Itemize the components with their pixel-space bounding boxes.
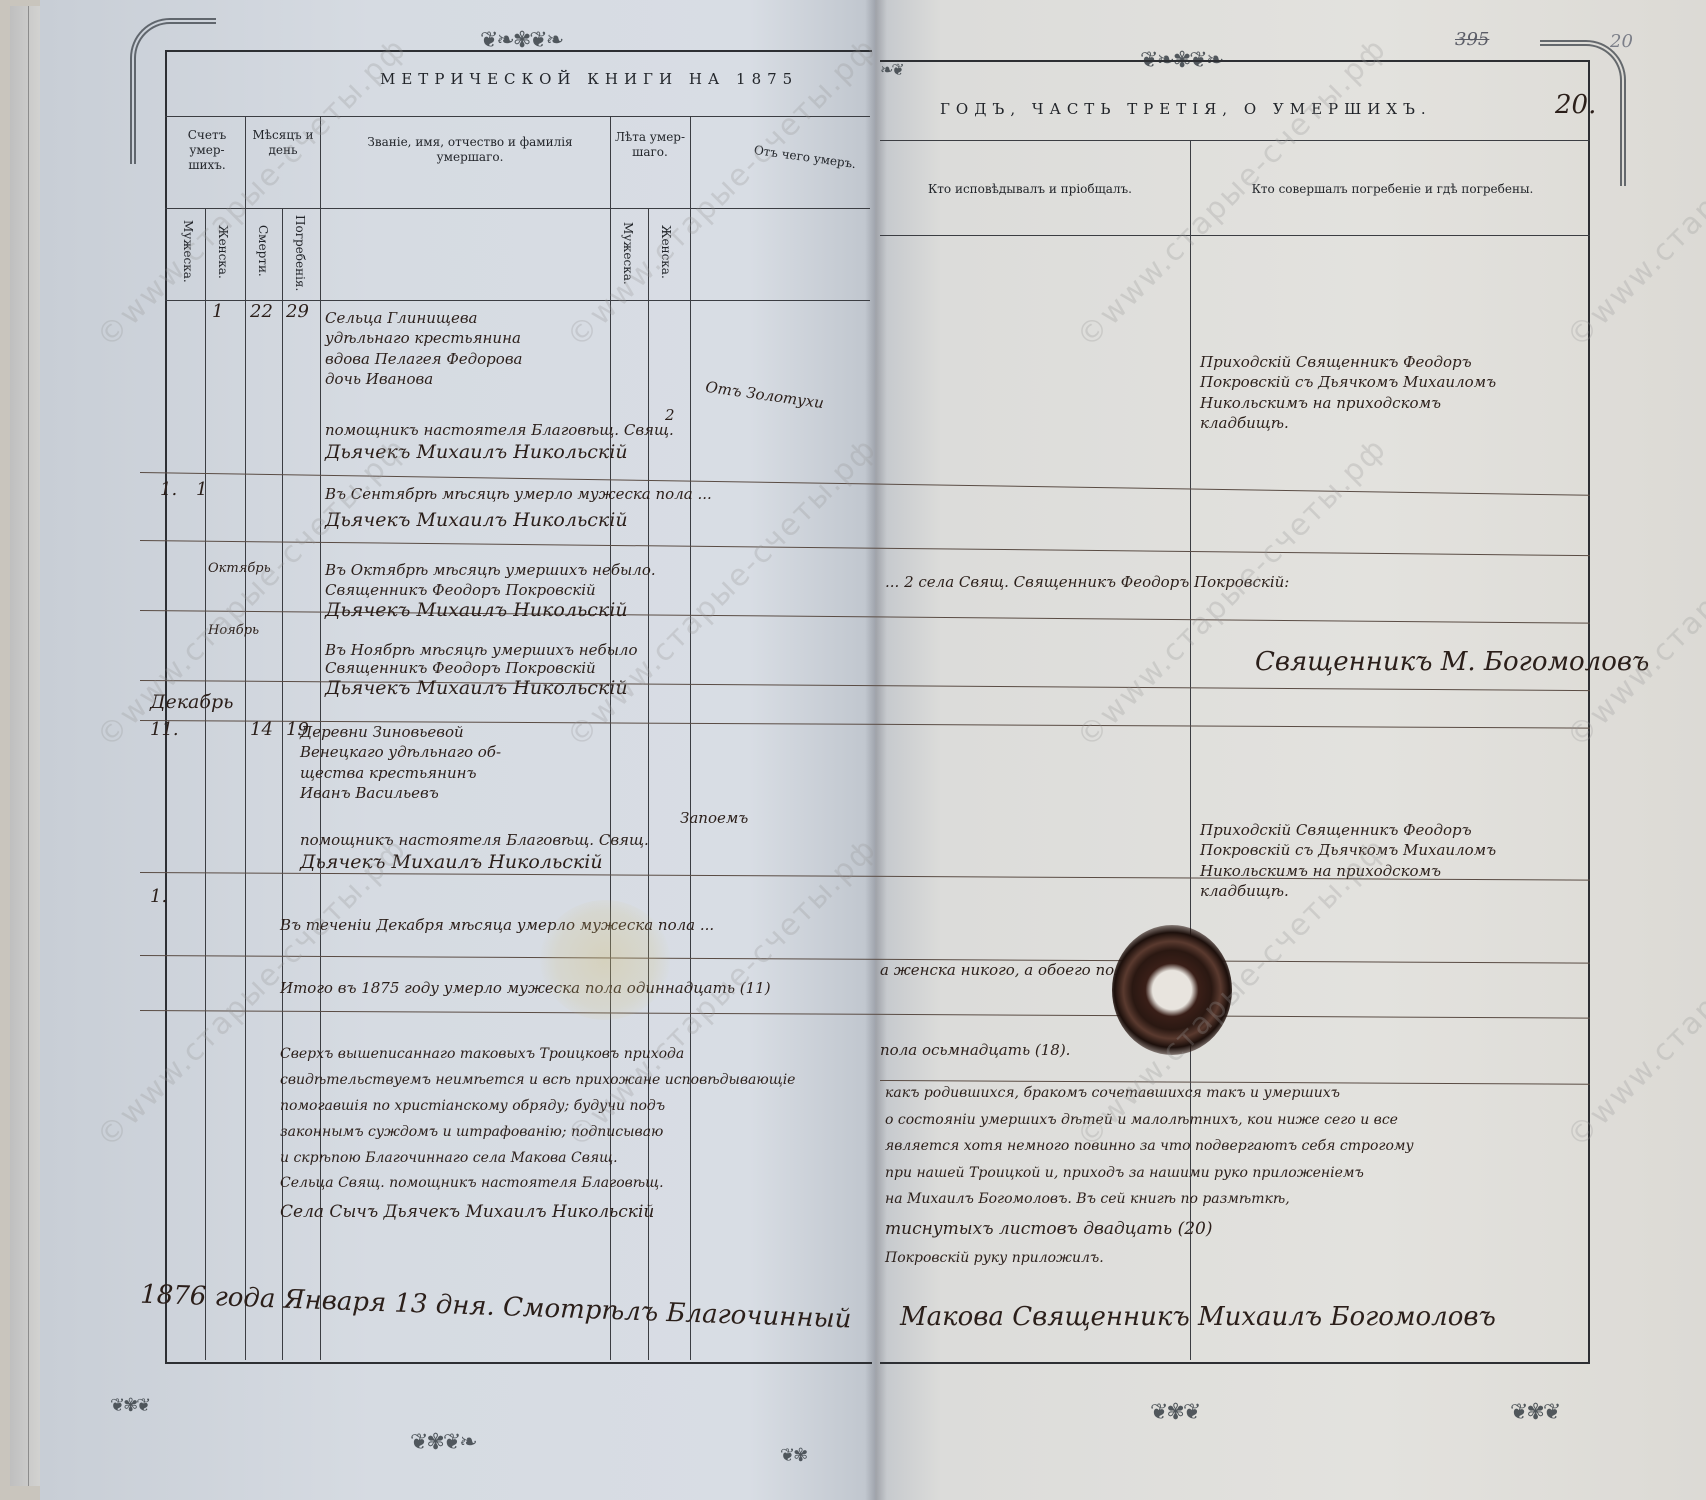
totals-line-right-2: пола осьмнадцать (18).	[880, 1040, 1070, 1060]
entry-5-deacon: Дьячекъ Михаилъ Никольскій	[300, 850, 603, 876]
subheader-burial: Погребенія.	[292, 215, 307, 291]
footer-ornament-right-icon: ❦✾❦	[1150, 1400, 1199, 1425]
subheader-death: Смерти.	[255, 225, 270, 277]
entry-1-witness: помощникъ настоятеля Благовѣщ. Свящ.	[325, 420, 674, 440]
entry-6-male-count: 1.	[150, 885, 167, 909]
priest-footer-signature: Макова Священникъ Михаилъ Богомоловъ	[900, 1300, 1496, 1335]
water-stain	[540, 900, 670, 1020]
footer-ornament-left-icon: ❦✾❦	[110, 1395, 149, 1416]
entry-2-female-count: 1	[196, 478, 207, 502]
entry-5-witness: помощникъ настоятеля Благовѣщ. Свящ.	[300, 830, 649, 850]
entry-5-cause: Запоемъ	[680, 808, 748, 828]
left-page-title: МЕТРИЧЕСКОЙ КНИГИ НА 1875	[380, 70, 798, 89]
entry-1-burial-day: 29	[286, 300, 309, 324]
header-rule	[165, 116, 870, 117]
column-header-age: Лѣта умер- шаго.	[614, 130, 686, 160]
certification-notes-right: какъ родившихся, бракомъ сочетавшихся та…	[885, 1080, 1414, 1272]
entry-2-male-count: 1.	[160, 478, 177, 502]
entry-3-deacon: Дьячекъ Михаилъ Никольскій	[325, 598, 628, 624]
entry-5-name: Деревни Зиновьевой Венецкаго удѣльнаго о…	[300, 722, 501, 803]
page-number: 20.	[1555, 88, 1596, 123]
entry-5-male-count: 11.	[150, 718, 179, 742]
folio-number-corner: 20	[1610, 30, 1633, 54]
column-header-name: Званіе, имя, отчество и фамилія умершаго…	[340, 135, 600, 165]
footer-ornament-corner-icon: ❦✾❦	[1510, 1400, 1559, 1425]
entry-1-death-day: 22	[250, 300, 273, 324]
entry-2-deacon: Дьячекъ Михаилъ Никольскій	[325, 508, 628, 534]
right-page-title: ГОДЪ, ЧАСТЬ ТРЕТІЯ, О УМЕРШИХЪ.	[940, 100, 1432, 119]
folio-number-struck: 395	[1455, 28, 1489, 52]
metric-book-spread: ❦❧✾❦❧ ❦❧✾❦❧ ❧❦ ❦✾❦ ❦✾❦❧ ❦✾ ❦✾❦ ❦✾❦ МЕТРИ…	[0, 0, 1706, 1500]
column-rule	[245, 116, 246, 1360]
footer-ornament-mid-icon: ❦✾❦❧	[410, 1430, 476, 1455]
header-rule	[880, 235, 1590, 236]
entry-1-name: Сельца Глинищева удѣльнаго крестьянина в…	[325, 308, 523, 389]
entry-1-burial-info: Приходскій Священникъ Феодоръ Покровскій…	[1200, 352, 1496, 433]
certification-notes-left: Сверхъ вышеписаннаго таковыхъ Троицковъ …	[280, 1042, 795, 1229]
footer-ornament-gutter-icon: ❦✾	[780, 1445, 806, 1466]
entry-1-age-female: 2	[665, 405, 675, 425]
entry-4-deacon: Дьячекъ Михаилъ Никольскій	[325, 676, 628, 702]
entry-3-text: Въ Октябрѣ мѣсяцѣ умершихъ небыло.	[325, 560, 656, 580]
entry-1-female-count: 1	[212, 300, 223, 324]
header-rule	[880, 140, 1590, 141]
column-header-confessor: Кто исповѣдывалъ и пріобщалъ.	[880, 182, 1180, 197]
column-rule	[205, 208, 206, 1360]
priest-signature: Священникъ М. Богомоловъ	[1255, 645, 1649, 680]
column-header-count: Счетъ умер- шихъ.	[172, 128, 242, 173]
entry-2-text: Въ Сентябрѣ мѣсяцѣ умерло мужеска пола .…	[325, 484, 712, 504]
header-rule	[165, 208, 870, 209]
entry-5-death-day: 14	[250, 718, 273, 742]
